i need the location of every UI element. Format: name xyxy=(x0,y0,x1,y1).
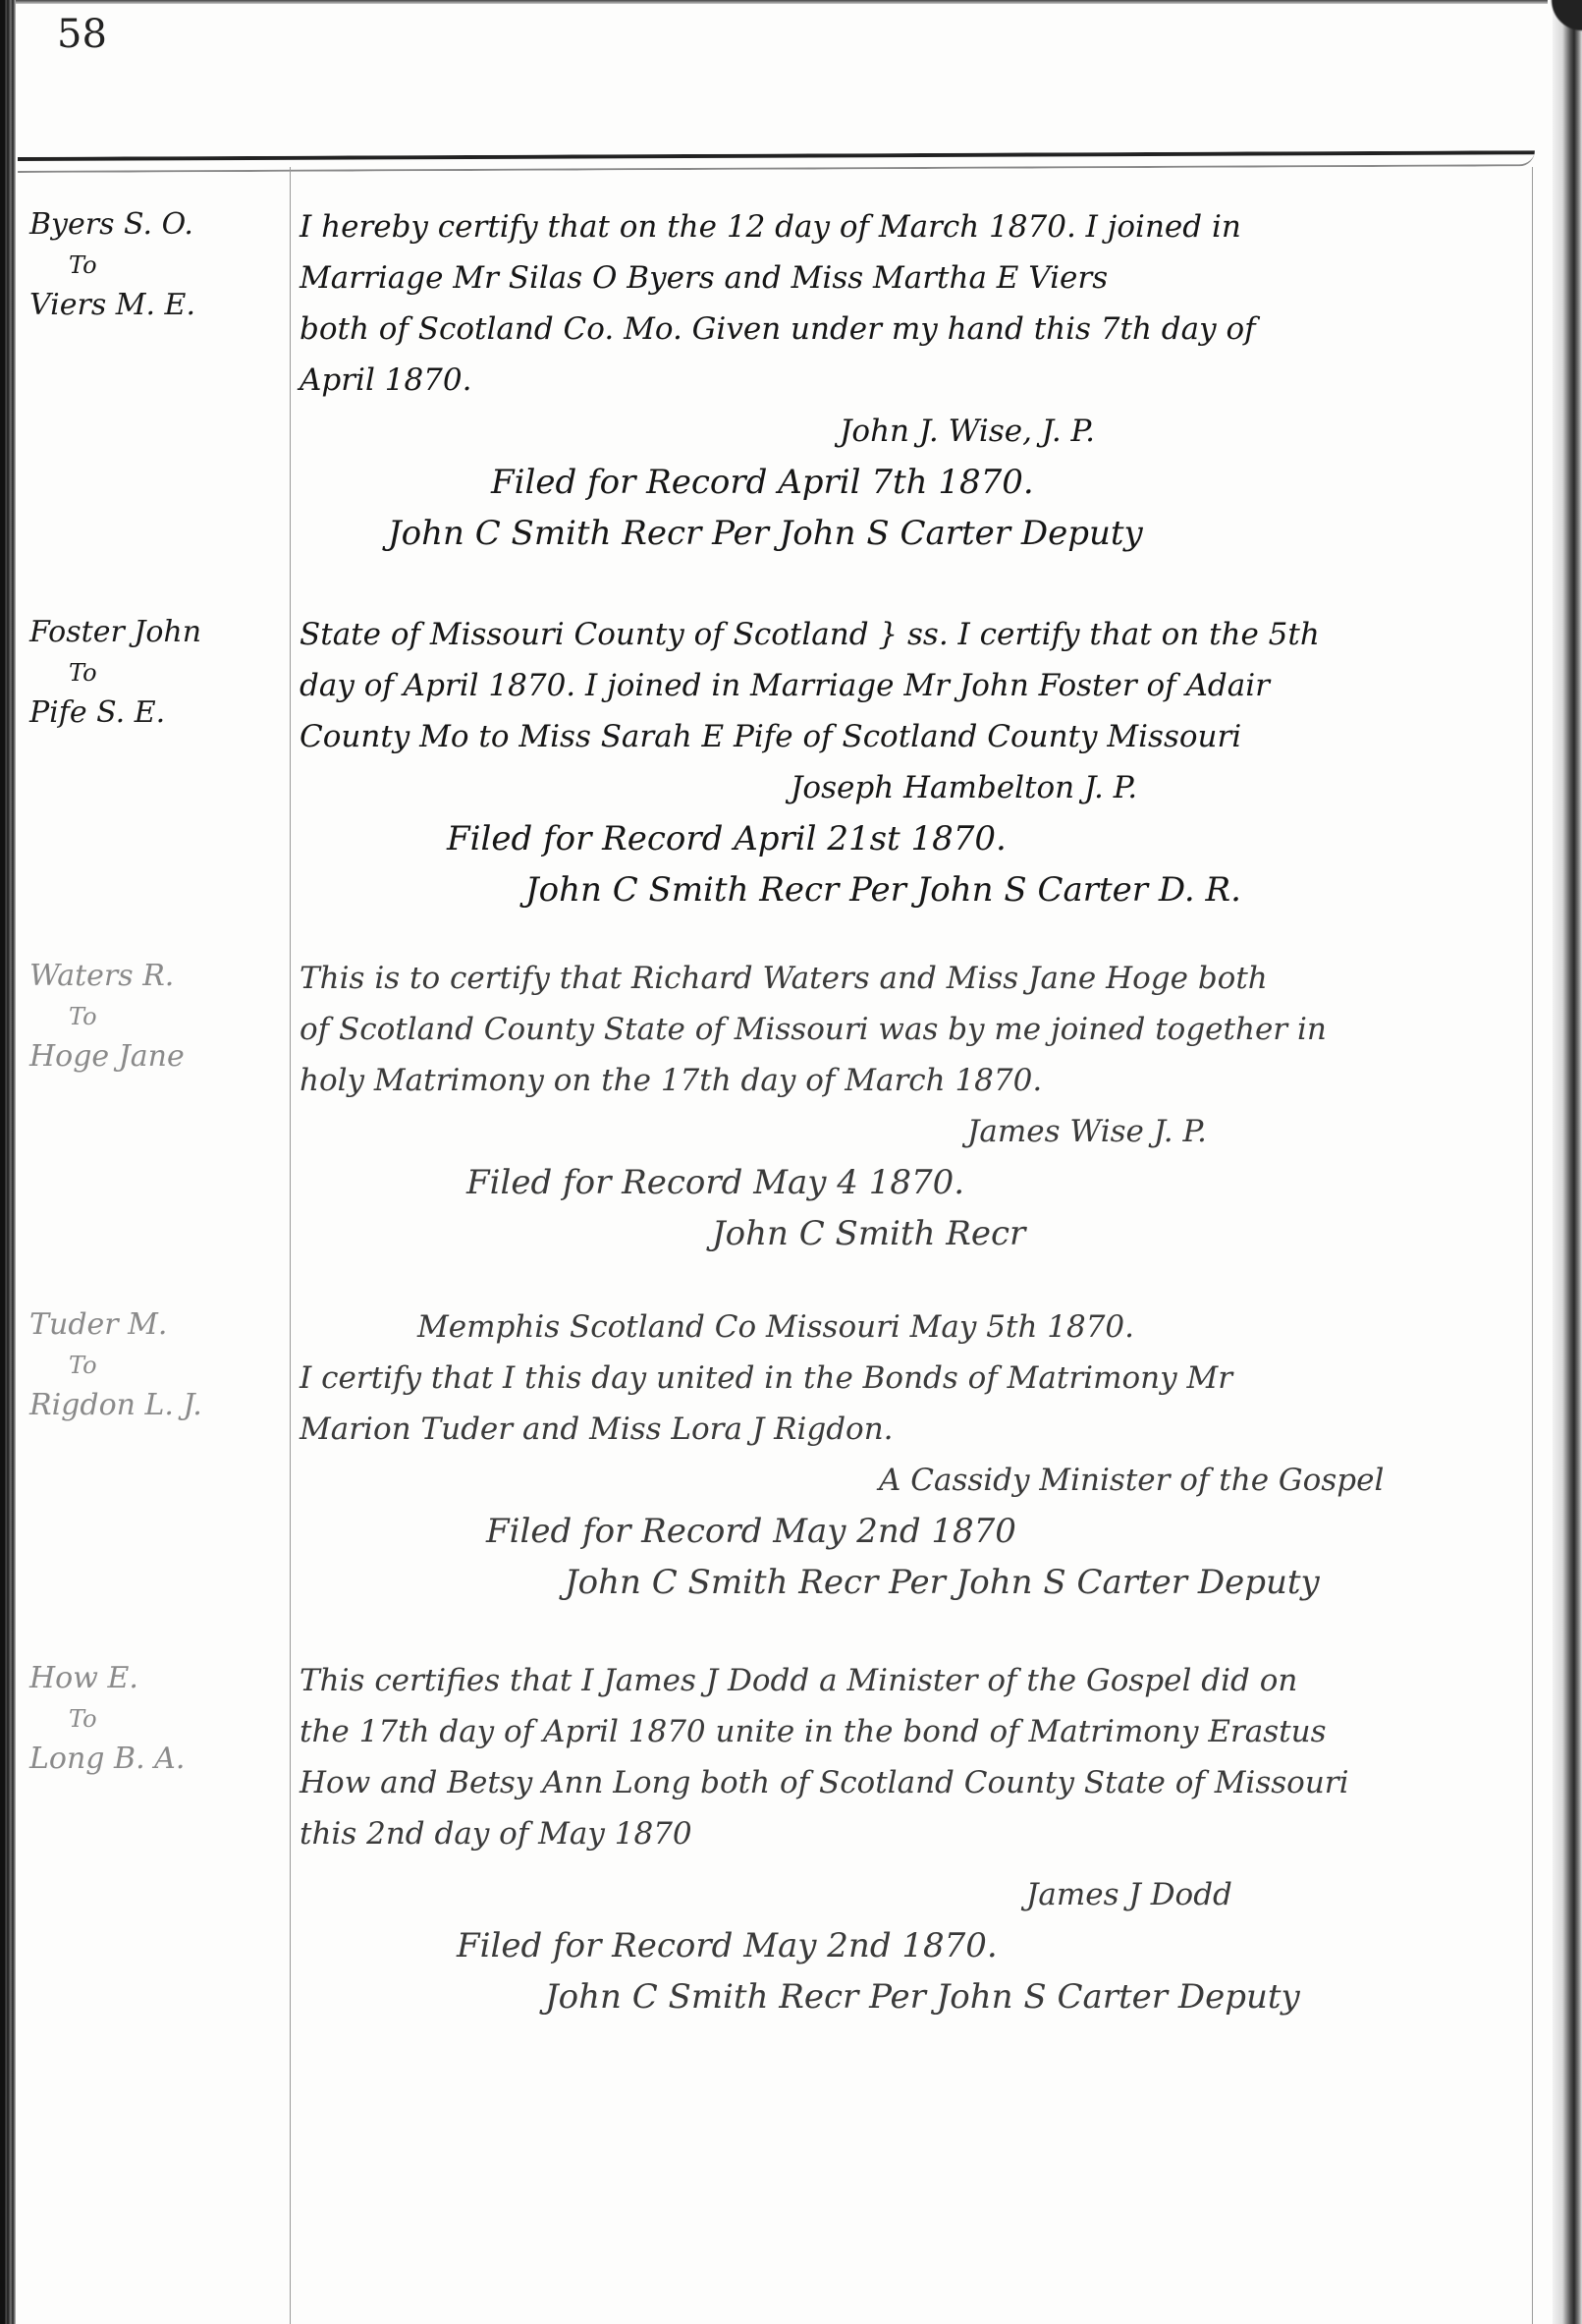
filed-for-record: Filed for Record May 2nd 1870 xyxy=(300,1506,1522,1557)
certificate-line: this 2nd day of May 1870 xyxy=(300,1808,1522,1859)
bride-name: Long B. A. xyxy=(29,1736,285,1783)
groom-name: Byers S. O. xyxy=(29,201,285,249)
book-binding-left xyxy=(0,0,16,2324)
groom-name: Foster John xyxy=(29,609,285,656)
header-rule xyxy=(18,150,1535,173)
groom-name: Tuder M. xyxy=(29,1301,285,1349)
names-column-rule xyxy=(290,167,291,2324)
certificate-line: Memphis Scotland Co Missouri May 5th 187… xyxy=(300,1301,1522,1353)
recorder-signature: John C Smith Recr Per John S Carter Depu… xyxy=(300,1971,1522,2022)
recorder-signature: John C Smith Recr Per John S Carter Depu… xyxy=(300,1557,1522,1608)
certificate-line: both of Scotland Co. Mo. Given under my … xyxy=(300,304,1522,355)
bride-name: Hoge Jane xyxy=(29,1033,285,1080)
recorder-signature: John C Smith Recr Per John S Carter Depu… xyxy=(300,508,1522,559)
certificate-line: of Scotland County State of Missouri was… xyxy=(300,1004,1522,1055)
groom-name: How E. xyxy=(29,1655,285,1702)
bride-name: Pife S. E. xyxy=(29,690,285,737)
entry-body: This certifies that I James J Dodd a Min… xyxy=(300,1655,1522,2022)
to-label: To xyxy=(29,656,285,690)
filed-for-record: Filed for Record April 21st 1870. xyxy=(300,813,1522,864)
officiant-signature: Joseph Hambelton J. P. xyxy=(300,762,1522,813)
certificate-line: April 1870. xyxy=(300,355,1522,406)
entry-body: Memphis Scotland Co Missouri May 5th 187… xyxy=(300,1301,1522,1608)
recorder-signature: John C Smith Recr Per John S Carter D. R… xyxy=(300,864,1522,915)
filed-for-record: Filed for Record May 4 1870. xyxy=(300,1157,1522,1208)
to-label: To xyxy=(29,1349,285,1382)
entry-names: Waters R. To Hoge Jane xyxy=(29,953,285,1080)
ledger-page: 58 Byers S. O. To Viers M. E. I hereby c… xyxy=(0,0,1582,2324)
page-corner xyxy=(1523,0,1582,39)
right-margin-rule xyxy=(1532,167,1533,2324)
page-number: 58 xyxy=(57,12,107,57)
groom-name: Waters R. xyxy=(29,953,285,1000)
certificate-line: I hereby certify that on the 12 day of M… xyxy=(300,201,1522,252)
entry-names: How E. To Long B. A. xyxy=(29,1655,285,1783)
recorder-signature: John C Smith Recr xyxy=(300,1208,1522,1259)
page-top-edge xyxy=(16,0,1548,4)
officiant-signature: A Cassidy Minister of the Gospel xyxy=(300,1455,1522,1506)
certificate-line: day of April 1870. I joined in Marriage … xyxy=(300,660,1522,711)
officiant-signature: James Wise J. P. xyxy=(300,1106,1522,1157)
bride-name: Viers M. E. xyxy=(29,282,285,329)
certificate-line: This certifies that I James J Dodd a Min… xyxy=(300,1655,1522,1706)
bride-name: Rigdon L. J. xyxy=(29,1382,285,1429)
officiant-signature: James J Dodd xyxy=(300,1869,1522,1920)
page-right-edge xyxy=(1553,0,1582,2324)
certificate-line: I certify that I this day united in the … xyxy=(300,1353,1522,1404)
to-label: To xyxy=(29,249,285,282)
officiant-signature: John J. Wise, J. P. xyxy=(300,406,1522,457)
certificate-line: Marion Tuder and Miss Lora J Rigdon. xyxy=(300,1404,1522,1455)
entry-names: Foster John To Pife S. E. xyxy=(29,609,285,737)
to-label: To xyxy=(29,1000,285,1033)
entry-names: Byers S. O. To Viers M. E. xyxy=(29,201,285,329)
certificate-line: Marriage Mr Silas O Byers and Miss Marth… xyxy=(300,252,1522,304)
certificate-line: This is to certify that Richard Waters a… xyxy=(300,953,1522,1004)
certificate-line: County Mo to Miss Sarah E Pife of Scotla… xyxy=(300,711,1522,762)
filed-for-record: Filed for Record April 7th 1870. xyxy=(300,457,1522,508)
certificate-line: State of Missouri County of Scotland } s… xyxy=(300,609,1522,660)
to-label: To xyxy=(29,1702,285,1736)
entry-names: Tuder M. To Rigdon L. J. xyxy=(29,1301,285,1429)
filed-for-record: Filed for Record May 2nd 1870. xyxy=(300,1920,1522,1971)
entry-body: State of Missouri County of Scotland } s… xyxy=(300,609,1522,915)
entry-body: I hereby certify that on the 12 day of M… xyxy=(300,201,1522,559)
entry-body: This is to certify that Richard Waters a… xyxy=(300,953,1522,1259)
certificate-line: holy Matrimony on the 17th day of March … xyxy=(300,1055,1522,1106)
certificate-line: How and Betsy Ann Long both of Scotland … xyxy=(300,1757,1522,1808)
certificate-line: the 17th day of April 1870 unite in the … xyxy=(300,1706,1522,1757)
